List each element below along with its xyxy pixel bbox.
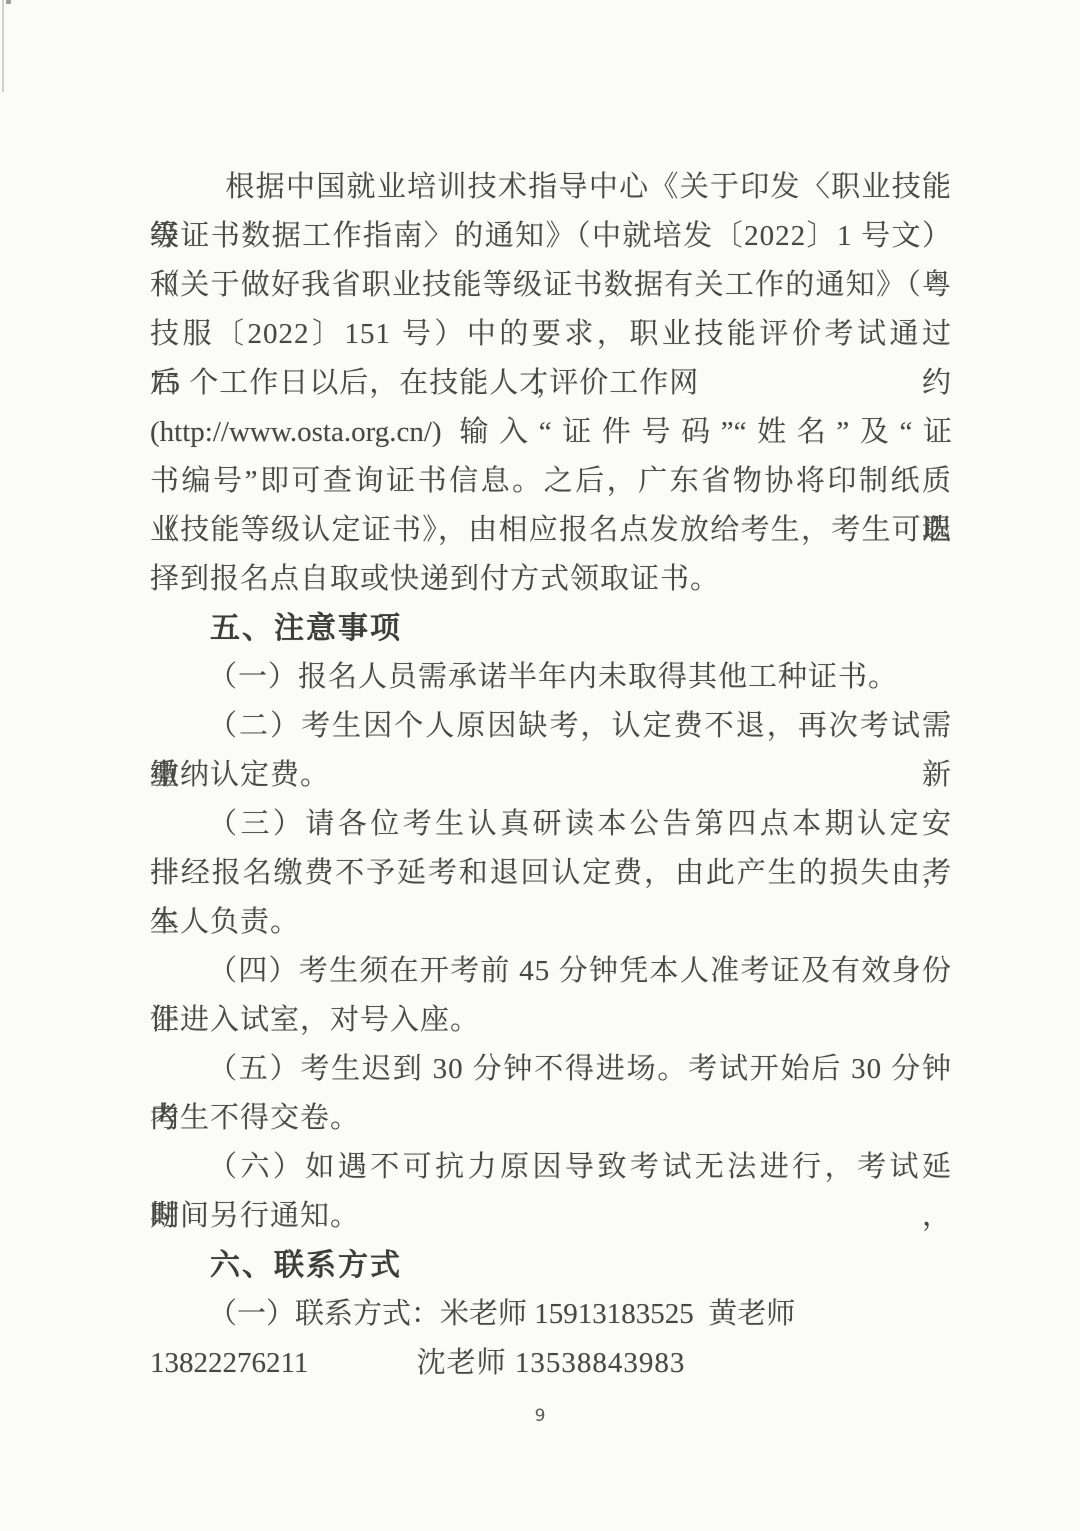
text-line: 择到报名点自取或快递到付方式领取证书。 [150, 555, 952, 604]
scan-speck-artifact [6, 0, 11, 4]
text-line: （六）如遇不可抗力原因导致考试无法进行，考试延期， [150, 1143, 952, 1192]
text-line: （五）考生迟到 30 分钟不得进场。考试开始后 30 分钟内 [150, 1045, 952, 1094]
scan-edge-artifact [2, 0, 4, 92]
text-line: 本人负责。 [150, 898, 952, 947]
text-line: 书编号”即可查询证书信息。之后，广东省物协将印制纸质《职 [150, 457, 952, 506]
text-line: 根据中国就业培训技术指导中心《关于印发〈职业技能等 [150, 163, 952, 212]
text-line: 业技能等级认定证书》，由相应报名点发放给考生，考生可选 [150, 506, 952, 555]
document-page: 根据中国就业培训技术指导中心《关于印发〈职业技能等 级证书数据工作指南〉的通知》… [0, 0, 1080, 1531]
text-line: 考生不得交卷。 [150, 1094, 952, 1143]
text-line: （四）考生须在开考前 45 分钟凭本人准考证及有效身份证 [150, 947, 952, 996]
text-line: (http://www.osta.org.cn/) 输入“证件号码”“姓名”及“… [150, 408, 952, 457]
text-line: （一）报名人员需承诺半年内未取得其他工种证书。 [150, 653, 952, 702]
text-line: （三）请各位考生认真研读本公告第四点本期认定安排， [150, 800, 952, 849]
text-line: 级证书数据工作指南〉的通知》（中就培发〔2022〕1 号文）和 [150, 212, 952, 261]
text-line: 技服〔2022〕151 号）中的要求，职业技能评价考试通过后，约 [150, 310, 952, 359]
document-body: 根据中国就业培训技术指导中心《关于印发〈职业技能等 级证书数据工作指南〉的通知》… [150, 163, 952, 1388]
text-line: （二）考生因个人原因缺考，认定费不退，再次考试需重新 [150, 702, 952, 751]
text-line: 一经报名缴费不予延考和退回认定费，由此产生的损失由考生 [150, 849, 952, 898]
section-heading: 五、注意事项 [150, 604, 952, 653]
page-number: 9 [0, 1406, 1080, 1426]
section-heading: 六、联系方式 [150, 1241, 952, 1290]
text-line: （一）联系方式：米老师 15913183525 黄老师 13822276211 [150, 1290, 952, 1339]
text-line: 件进入试室，对号入座。 [150, 996, 952, 1045]
text-line: 《关于做好我省职业技能等级证书数据有关工作的通知》（粤 [150, 261, 952, 310]
